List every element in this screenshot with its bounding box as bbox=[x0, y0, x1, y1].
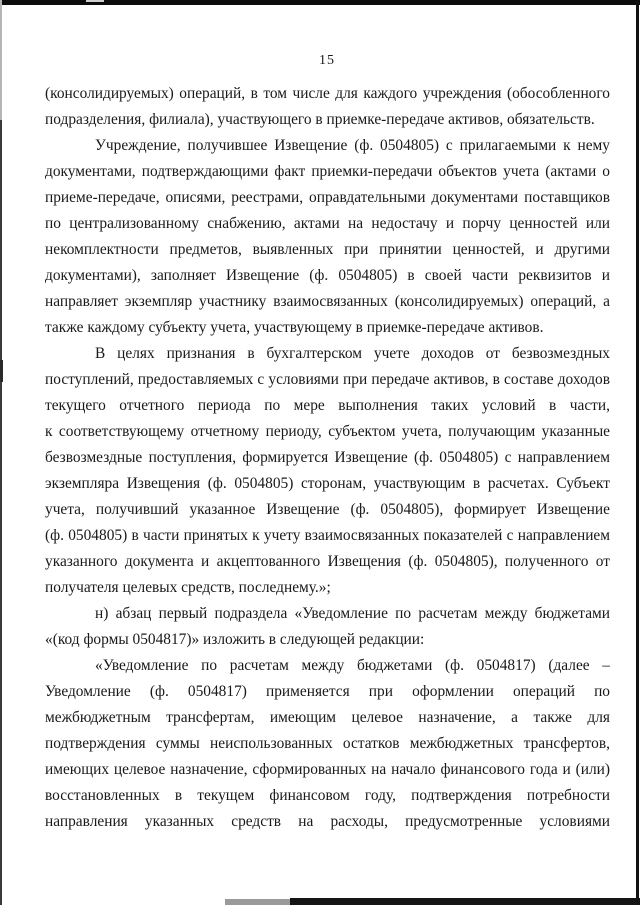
text-line: учета, получивший указанное Извещение (ф… bbox=[45, 497, 610, 523]
text-line: н) абзац первый подраздела «Уведомление … bbox=[45, 601, 610, 627]
text-line: документами), заполняет Извещение (ф. 05… bbox=[45, 263, 610, 289]
text-line: (консолидируемых) операций, в том числе … bbox=[45, 81, 610, 107]
text-line: безвозмездные поступления, формируется И… bbox=[45, 445, 610, 471]
scan-artifact-bottom-bar-black bbox=[290, 898, 640, 905]
scan-artifact-top-notch bbox=[86, 0, 104, 2]
text-line: также каждому субъекту учета, участвующе… bbox=[45, 315, 610, 341]
text-line: подразделения, филиала), участвующего в … bbox=[45, 107, 610, 133]
text-line: «Уведомление по расчетам между бюджетами… bbox=[45, 653, 610, 679]
text-line: экземпляра Извещения (ф. 0504805) сторон… bbox=[45, 471, 610, 497]
text-line: (ф. 0504805) в части принятых к учету вз… bbox=[45, 523, 610, 549]
text-line: по централизованному снабжению, актами н… bbox=[45, 211, 610, 237]
text-line: В целях признания в бухгалтерском учете … bbox=[45, 341, 610, 367]
scan-artifact-bottom-bar-gray bbox=[225, 899, 290, 905]
text-line: направления указанных средств на расходы… bbox=[45, 809, 610, 835]
scan-artifact-left-edge bbox=[0, 0, 2, 905]
text-line: получателя целевых средств, последнему.»… bbox=[45, 575, 610, 601]
text-line: текущего отчетного периода по мере выпол… bbox=[45, 393, 610, 419]
page-number: 15 bbox=[7, 53, 640, 69]
text-line: некомплектности предметов, выявленных пр… bbox=[45, 237, 610, 263]
document-body: (консолидируемых) операций, в том числе … bbox=[45, 81, 610, 835]
text-line: имеющих целевое назначение, сформированн… bbox=[45, 757, 610, 783]
scan-artifact-top-bar bbox=[0, 0, 640, 5]
scan-artifact-right-edge bbox=[636, 0, 639, 905]
text-line: межбюджетным трансфертам, имеющим целево… bbox=[45, 705, 610, 731]
scanned-document-page: { "document": { "page_number": "15", "pa… bbox=[0, 0, 640, 905]
text-line: к соответствующему отчетному периоду, су… bbox=[45, 419, 610, 445]
text-line: приеме-передаче, описями, реестрами, опр… bbox=[45, 185, 610, 211]
text-line: Учреждение, получившее Извещение (ф. 050… bbox=[45, 133, 610, 159]
text-line: подтверждения суммы неиспользованных ост… bbox=[45, 731, 610, 757]
text-line: поступлений, предоставляемых с условиями… bbox=[45, 367, 610, 393]
text-line: восстановленных в текущем финансовом год… bbox=[45, 783, 610, 809]
text-line: «(код формы 0504817)» изложить в следующ… bbox=[45, 627, 610, 653]
text-line: указанного документа и акцептованного Из… bbox=[45, 549, 610, 575]
text-line: Уведомление (ф. 0504817) применяется при… bbox=[45, 679, 610, 705]
text-line: документами, подтверждающими факт приемк… bbox=[45, 159, 610, 185]
text-line: направляет экземпляр участнику взаимосвя… bbox=[45, 289, 610, 315]
scan-artifact-left-mark bbox=[0, 360, 3, 382]
